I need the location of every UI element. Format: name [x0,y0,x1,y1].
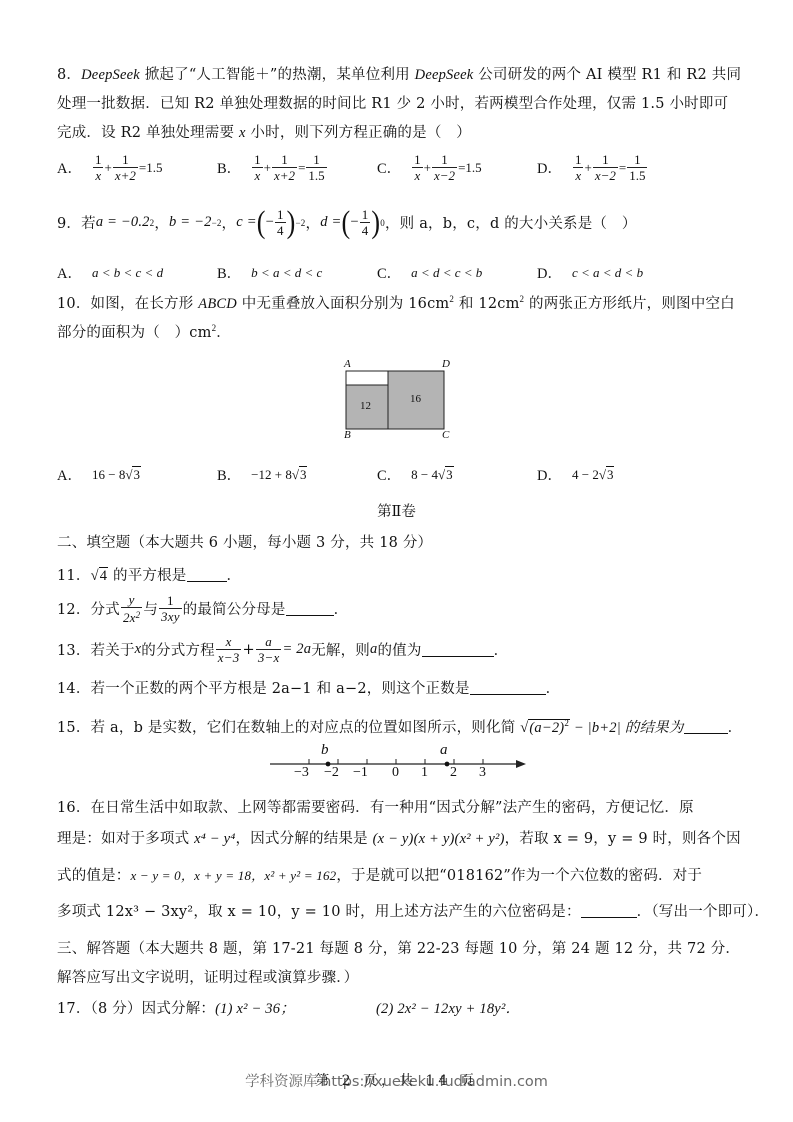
q13-text3: 的值为 [377,639,421,660]
frac-den: 4 [275,223,286,238]
option-label: C． [377,464,401,485]
sep: ， [154,212,169,233]
frac-num: 1 [360,207,371,223]
answer-blank[interactable] [581,903,637,918]
q8-text: 完成．设 R2 单独处理需要 [57,125,239,141]
equals: = [139,160,146,176]
q10-text: 部分的面积为（ ）cm [57,325,212,341]
q8-brand: DeepSeek [81,67,140,83]
q16-text: 理是：如对于多项式 [57,831,194,847]
equals: = [458,160,465,176]
option-text: a < b < c < d [92,265,163,281]
q9-b-exp: −2 [212,218,222,228]
q17-prefix: 17．（8 分）因式分解： [57,1001,215,1017]
option-label: D． [537,262,562,283]
radicand: 3 [299,466,308,482]
right-paren: ) [287,207,296,238]
tick-label: 0 [392,765,399,781]
rhs: 1.5 [146,160,162,176]
q8-text-end: 小时，则下列方程正确的是（ ） [246,125,471,141]
q9-option-b[interactable]: B．b < a < d < c [217,262,377,283]
q13-text: 的分式方程 [141,639,215,660]
option-label: A． [57,157,82,178]
q10-text-c: 和 12cm [454,296,519,312]
frac-den: 3xy [159,609,182,624]
operator: + [264,160,271,176]
section2-heading: 二、填空题（本大题共 6 小题，每小题 3 分，共 18 分） [57,531,432,552]
period: ． [494,639,509,660]
tick-label: −1 [353,765,368,781]
radicand: (a−2) [529,720,564,736]
frac-num: 1 [573,152,584,168]
minus: − [350,214,358,231]
number-line: b a −3 −2 −1 0 1 2 3 [268,744,528,784]
q10-text-b: 中无重叠放入面积分别为 16cm [237,296,449,312]
frac-den: 2x [123,610,136,625]
q9-d-lhs: d = [320,214,341,231]
q11-number: 11． [57,568,91,584]
q9-number: 9．若 [57,212,96,233]
frac-den: x+2 [113,168,138,183]
q8-text-a: 掀起了“人工智能＋”的热潮，某单位利用 [140,67,415,83]
frac-num: 1 [627,152,647,168]
q17-part2-text: (2) 2x² − 12xy + 18y²． [376,1001,520,1017]
radicand: 3 [445,466,454,482]
option-label: B． [217,262,241,283]
sep: ， [222,212,237,233]
q16-values: x − y = 0，x + y = 18，x² + y² = 162 [131,868,337,883]
tick-label: −3 [294,765,309,781]
q8-line3: 完成．设 R2 单独处理需要 x 小时，则下列方程正确的是（ ） [57,121,471,142]
option-label: A． [57,262,82,283]
vertex-label-b: B [344,429,351,441]
answer-blank[interactable] [470,680,546,695]
q10-option-b[interactable]: B．−12 + 8√3 [217,464,377,485]
q9-a-def: a = −0.2 [96,214,150,231]
q14-text: 14．若一个正数的两个平方根是 2a−1 和 a−2，则这个正数是 [57,681,470,697]
tick-label: −2 [324,765,339,781]
sup: 2 [136,610,141,620]
frac-den: x [573,168,584,183]
section3-line2: 解答应写出文字说明，证明过程或演算步骤．） [57,966,358,987]
frac-num: 1 [275,207,286,223]
point-a-label: a [440,742,448,759]
q12-mid: 与 [143,598,158,619]
option-text: c < a < d < b [572,265,643,281]
operator: + [424,160,431,176]
q10-rectangle-figure: A D B C 12 16 [336,358,460,442]
period: ． [334,598,349,619]
option-text: b < a < d < c [251,265,322,281]
q12-number: 12．分式 [57,598,120,619]
tick-label: 1 [421,765,428,781]
q13-rhs: = 2a [282,641,311,658]
q10-text-a: 10．如图，在长方形 [57,296,198,312]
q9-c-exp: −2 [296,218,306,228]
q13-number: 13．若关于 [57,639,135,660]
q17-part2: (2) 2x² − 12xy + 18y²． [376,997,520,1018]
q16-line4: 多项式 12x³ − 3xy²，取 x = 10，y = 10 时，用上述方法产… [57,900,769,921]
q8-line1: 8．DeepSeek 掀起了“人工智能＋”的热潮，某单位利用 DeepSeek … [57,63,741,84]
frac-num: 1 [159,593,182,609]
minus: − [266,214,274,231]
frac-den: x+2 [272,168,297,183]
option-text: 8 − 4 [411,467,438,482]
q10-options: A．16 − 8√3 B．−12 + 8√3 C．8 − 4√3 D．4 − 2… [57,464,697,485]
q8-var: x [239,125,246,141]
frac-den: x−3 [216,650,242,665]
rhs: 1.5 [465,160,481,176]
q16-text: 多项式 12x³ − 3xy²，取 x = 10，y = 10 时，用上述方法产… [57,904,581,920]
sup: 2 [564,718,569,728]
q17-part1: (1) x² − 36； [215,1001,295,1017]
sep: ， [306,212,321,233]
frac-num: x [216,634,242,650]
radicand: 3 [606,466,615,482]
q9-option-d[interactable]: D．c < a < d < b [537,262,697,283]
q16-text-end: ．（写出一个即可）． [637,904,770,920]
option-label: D． [537,157,562,178]
q9-tail: ，则 a，b，c，d 的大小关系是（ ） [385,212,637,233]
operator: + [584,160,591,176]
left-paren: ( [341,207,350,238]
tick-label: 3 [479,765,486,781]
vertex-label-d: D [442,358,450,370]
q15-text: 15．若 a，b 是实数，它们在数轴上的对应点的位置如图所示，则化简 [57,720,520,736]
small-square-area: 12 [360,400,371,412]
frac-den: x [93,168,104,183]
point-b-label: b [321,742,329,759]
frac-num: 1 [306,152,326,168]
answer-blank[interactable] [422,642,494,657]
q13-var2: a [370,641,377,658]
tick-label: 2 [450,765,457,781]
radicand: 3 [132,466,141,482]
q8-line2: 处理一批数据．已知 R2 单独处理数据的时间比 R1 少 2 小时，若两模型合作… [57,92,728,113]
period: ． [546,681,561,697]
option-label: C． [377,157,401,178]
q13: 13．若关于 x 的分式方程 xx−3 + a3−x = 2a 无解，则 a 的… [57,634,508,665]
frac-num: a [256,634,282,650]
frac-num: 1 [593,152,618,168]
q8-option-b[interactable]: B． 1x + 1x+2 = 11.5 [217,152,377,183]
frac-num: 1 [113,152,138,168]
q16-text-b: ，因式分解的结果是 [236,831,373,847]
frac-num: 1 [432,152,457,168]
q16-text-c: ，若取 x = 9，y = 9 时，则各个因 [505,831,741,847]
q10-option-c[interactable]: C．8 − 4√3 [377,464,537,485]
equals: = [619,160,626,176]
q8-brand2: DeepSeek [415,67,474,83]
q16-poly: x⁴ − y⁴ [194,831,235,847]
q8-option-d[interactable]: D． 1x + 1x−2 = 11.5 [537,152,697,183]
q15: 15．若 a，b 是实数，它们在数轴上的对应点的位置如图所示，则化简 √(a−2… [57,716,742,737]
q17: 17．（8 分）因式分解：(1) x² − 36； [57,997,295,1018]
q8-option-a[interactable]: A． 1x + 1x+2 =1.5 [57,152,217,183]
option-text: 4 − 2 [572,467,599,482]
q8-option-c[interactable]: C． 1x + 1x−2 =1.5 [377,152,537,183]
q15-tail: − |b+2| 的结果为 [570,720,684,736]
option-text: a < d < c < b [411,265,482,281]
q16-text: 式的值是： [57,868,131,884]
frac-den: 3−x [256,650,282,665]
option-label: C． [377,262,401,283]
operator: + [242,642,254,658]
frac-den: 1.5 [627,168,647,183]
q16-factored: (x − y)(x + y)(x² + y²) [373,831,505,847]
q9-option-a[interactable]: A．a < b < c < d [57,262,217,283]
vertex-label-c: C [442,429,449,441]
q12-text: 的最简公分母是 [183,598,286,619]
q13-text2: 无解，则 [311,639,370,660]
q10-option-d[interactable]: D．4 − 2√3 [537,464,697,485]
option-text: 16 − 8 [92,467,125,482]
q10-line1: 10．如图，在长方形 ABCD 中无重叠放入面积分别为 16cm2 和 12cm… [57,292,735,313]
answer-blank[interactable] [286,601,334,616]
vertex-label-a: A [344,358,351,370]
operator: + [104,160,111,176]
section3-line1: 三、解答题（本大题共 8 题，第 17-21 每题 8 分，第 22-23 每题… [57,937,740,958]
q12: 12．分式 y2x2 与 13xy 的最简公分母是． [57,592,348,625]
exam-page: 8．DeepSeek 掀起了“人工智能＋”的热潮，某单位利用 DeepSeek … [0,0,793,1122]
option-label: A． [57,464,82,485]
frac-num: 1 [272,152,297,168]
option-label: B． [217,157,241,178]
q10-text-end: ． [216,325,231,341]
q16-text-b: ，于是就可以把“018162”作为一个六位数的密码．对于 [336,868,702,884]
left-paren: ( [257,207,266,238]
option-text: −12 + 8 [251,467,292,482]
q9-option-c[interactable]: C．a < d < c < b [377,262,537,283]
q8-options: A． 1x + 1x+2 =1.5 B． 1x + 1x+2 = 11.5 C．… [57,152,697,183]
frac-den: x−2 [593,168,618,183]
q11: 11．√4 的平方根是． [57,564,241,585]
frac-num: 1 [93,152,104,168]
q11-text: 的平方根是 [108,568,186,584]
q8-text-b: 公司研发的两个 AI 模型 R1 和 R2 共同 [473,67,741,83]
q9-options: A．a < b < c < d B．b < a < d < c C．a < d … [57,262,697,283]
large-square-area: 16 [410,393,421,405]
equals: = [298,160,305,176]
period: ． [227,568,242,584]
q9-c-lhs: c = [236,214,256,231]
option-label: D． [537,464,562,485]
q13-var: x [135,641,142,658]
frac-den: x−2 [432,168,457,183]
page-number: 第 2 页，共 14 页 [0,1070,793,1090]
q16-line2: 理是：如对于多项式 x⁴ − y⁴，因式分解的结果是 (x − y)(x + y… [57,827,741,848]
answer-blank[interactable] [684,719,728,734]
q16-line3: 式的值是：x − y = 0，x + y = 18，x² + y² = 162，… [57,864,702,885]
frac-num: 1 [252,152,263,168]
right-paren: ) [371,207,380,238]
radicand: 4 [99,567,108,584]
q9-stem: 9．若 a = −0.22 ， b = −2−2 ， c = (−14)−2 ，… [57,207,637,238]
frac-den: 4 [360,223,371,238]
q9-b-def: b = −2 [169,214,212,231]
frac-num: 1 [412,152,423,168]
q14: 14．若一个正数的两个平方根是 2a−1 和 a−2，则这个正数是． [57,677,560,698]
q10-line2: 部分的面积为（ ）cm2． [57,321,231,342]
volume-title: 第Ⅱ卷 [0,500,793,521]
frac-den: 1.5 [306,168,326,183]
q10-option-a[interactable]: A．16 − 8√3 [57,464,217,485]
frac-den: x [412,168,423,183]
answer-blank[interactable] [187,567,227,582]
q10-var: ABCD [198,296,237,312]
period: ． [728,720,743,736]
q16-line1: 16．在日常生活中如取款、上网等都需要密码．有一种用“因式分解”法产生的密码，方… [57,796,694,817]
option-label: B． [217,464,241,485]
q8-number: 8． [57,67,81,83]
q10-text-d: 的两张正方形纸片，则图中空白 [524,296,735,312]
frac-den: x [252,168,263,183]
page-footer: 学科资源库 https://xuekeku.fudiadmin.com 第 2 … [0,1070,793,1091]
frac-num: y [121,592,142,608]
